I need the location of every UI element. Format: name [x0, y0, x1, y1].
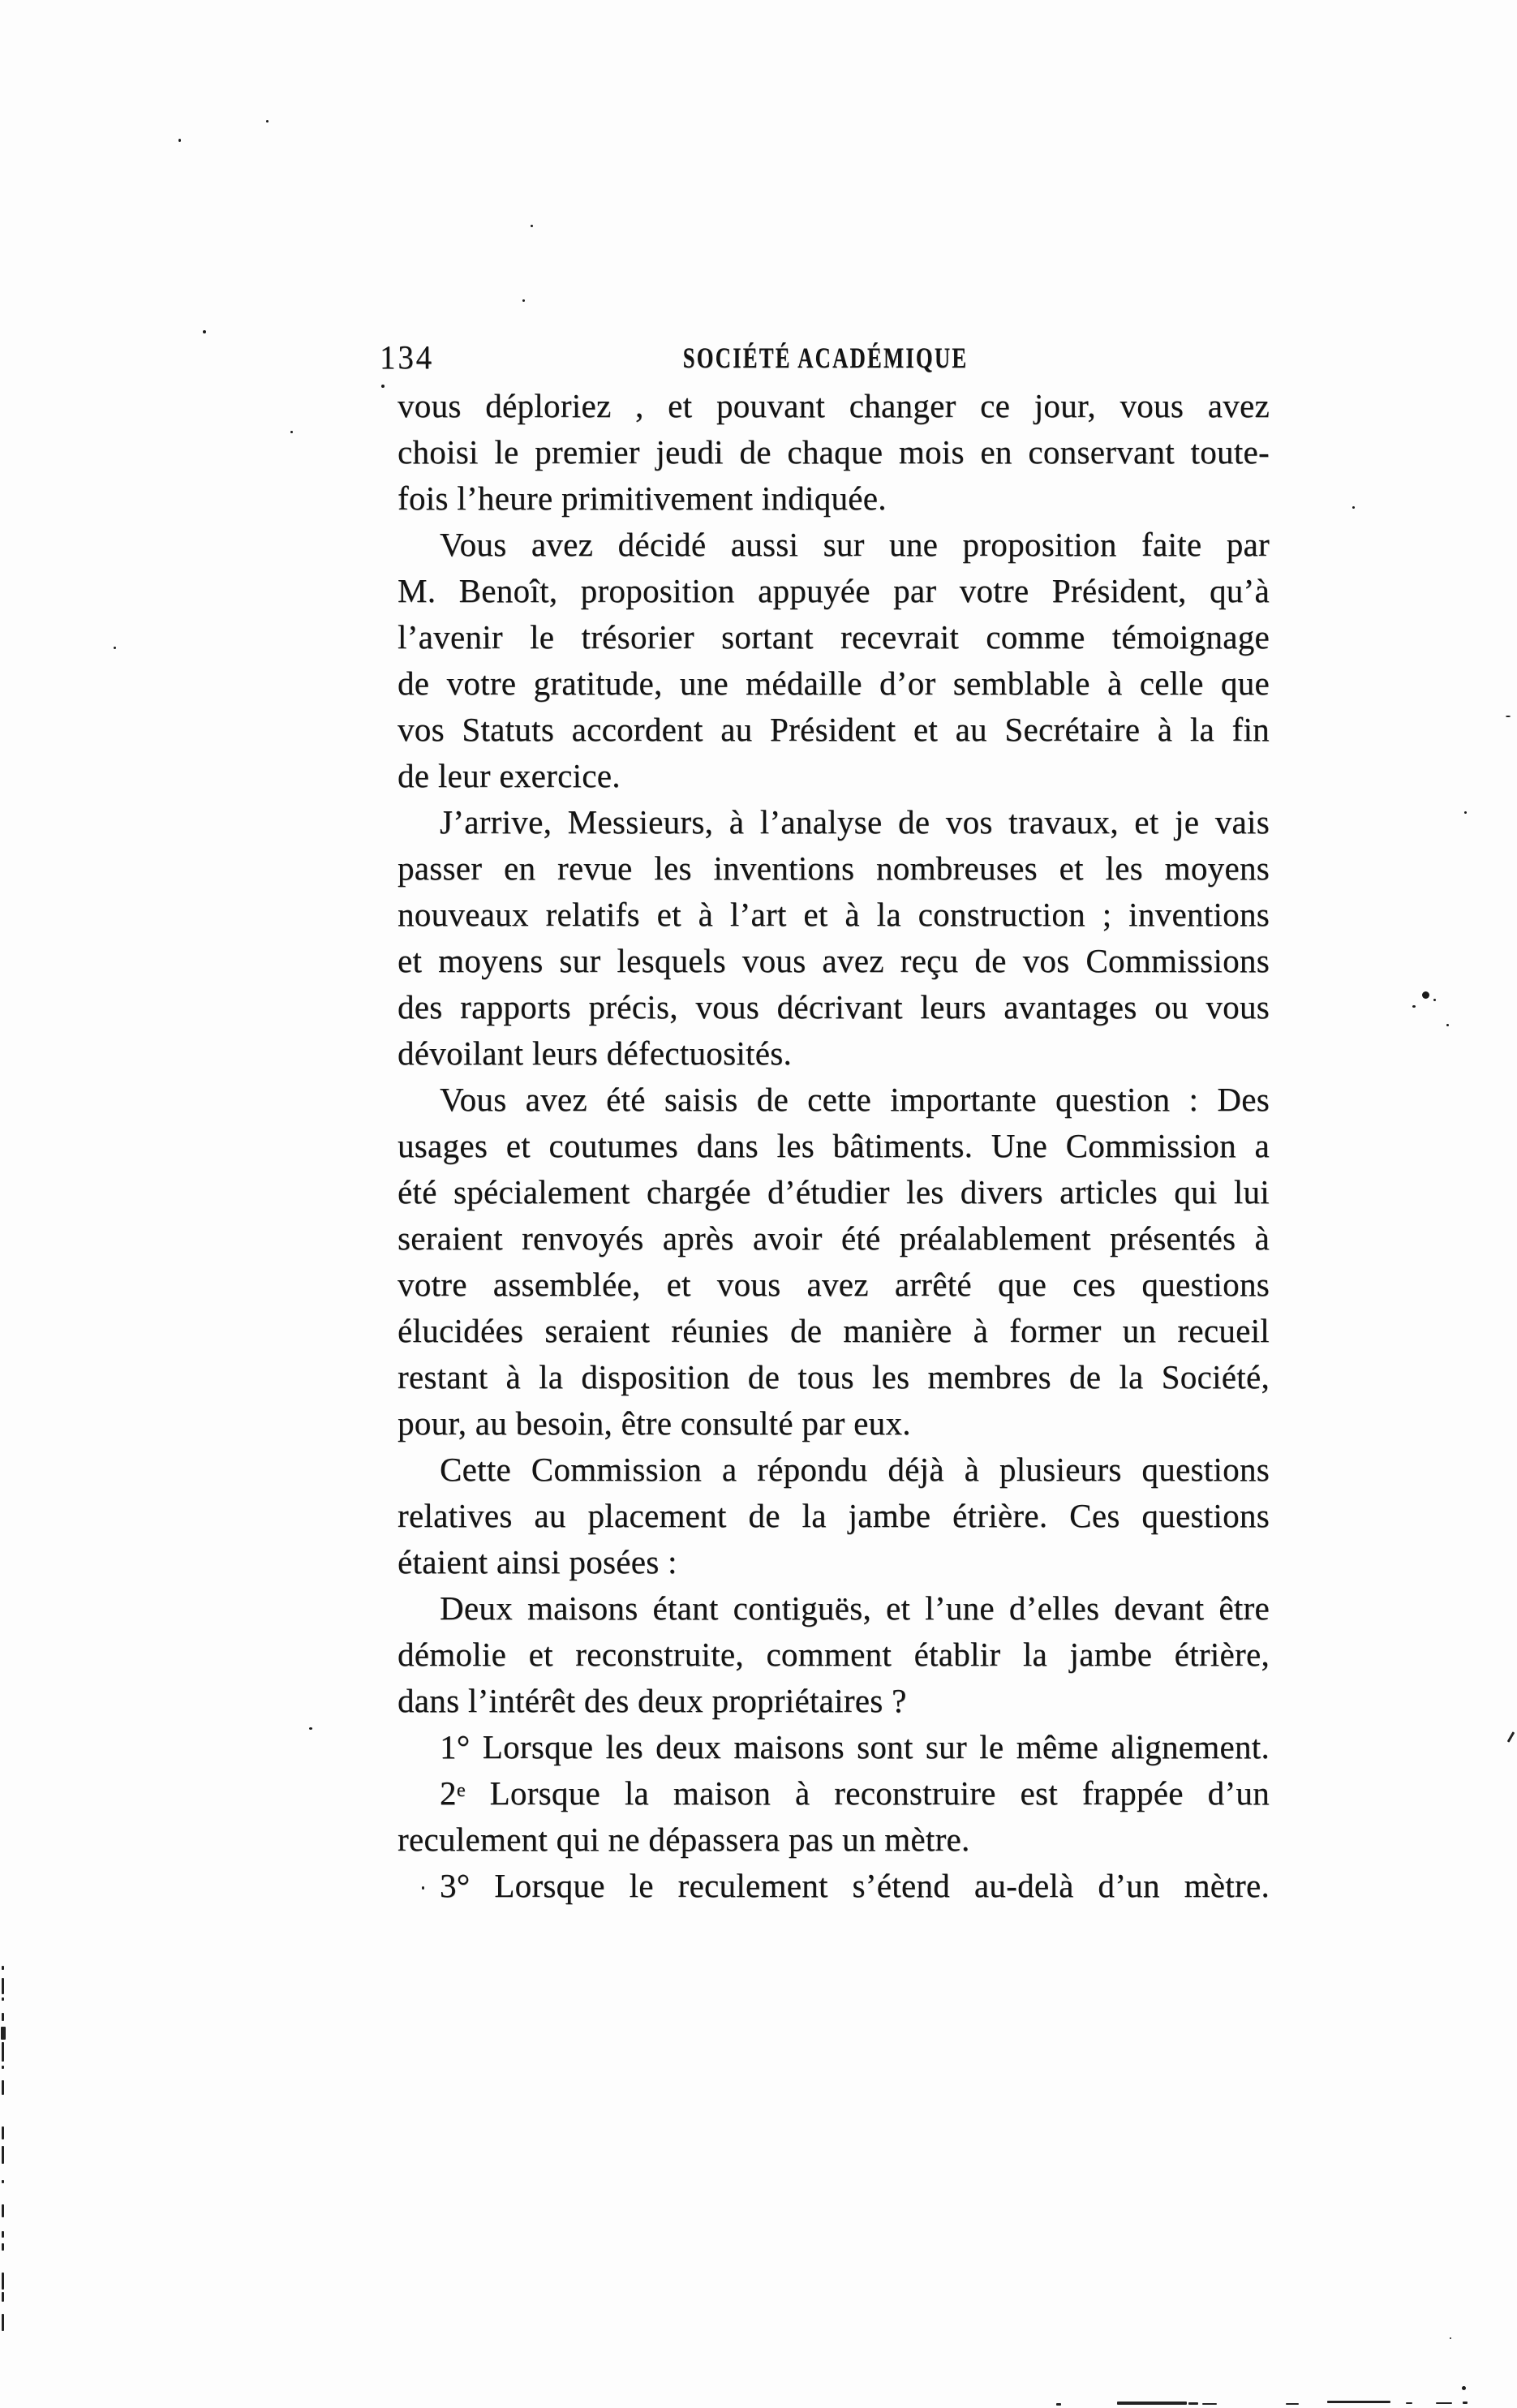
text-segment: étaient ainsi posées :	[398, 1543, 677, 1580]
bottom-edge-scan-mark	[1188, 2402, 1198, 2405]
left-edge-scan-mark	[2, 2080, 4, 2095]
text-line: pour, au besoin, être consulté par eux.	[398, 1400, 1270, 1447]
text-line: 2e Lorsque la maison à reconstruire est …	[398, 1770, 1270, 1817]
text-line: votre assemblée, et vous avez arrêté que…	[398, 1262, 1270, 1308]
left-edge-scan-mark	[2, 2013, 4, 2021]
left-edge-scan-mark	[1, 2027, 6, 2040]
ink-speck	[1422, 991, 1429, 999]
text-segment: fois l’heure primitivement indiquée.	[398, 479, 887, 517]
text-segment: M. Benoît, proposition appuyée par votre…	[398, 572, 1270, 609]
text-line: seraient renvoyés après avoir été préala…	[398, 1215, 1270, 1262]
italic-text: Des	[1217, 1081, 1270, 1118]
bottom-edge-scan-mark	[1406, 2402, 1412, 2404]
text-segment: dévoilant leurs défectuosités.	[398, 1034, 792, 1072]
text-line: vous déploriez , et pouvant changer ce j…	[398, 383, 1270, 429]
text-line: vos Statuts accordent au Président et au…	[398, 707, 1270, 753]
text-line: relatives au placement de la jambe étriè…	[398, 1493, 1270, 1539]
text-line: Vous avez décidé aussi sur une propositi…	[398, 522, 1270, 568]
text-line: 1° Lorsque les deux maisons sont sur le …	[398, 1724, 1270, 1770]
text-segment: l’avenir le trésorier sortant recevrait …	[398, 618, 1270, 656]
text-line: étaient ainsi posées :	[398, 1539, 1270, 1585]
ink-speck	[1506, 716, 1511, 717]
left-edge-scan-mark	[2, 2204, 4, 2217]
text-line: dans l’intérêt des deux propriétaires ?	[398, 1678, 1270, 1724]
left-edge-scan-mark	[2, 2180, 4, 2183]
text-line: choisi le premier jeudi de chaque mois e…	[398, 429, 1270, 475]
text-segment: pour, au besoin, être consulté par eux.	[398, 1404, 911, 1442]
italic-text: jambe étrière	[849, 1497, 1039, 1534]
ink-speck	[531, 225, 533, 227]
left-edge-scan-mark	[2, 1978, 4, 1994]
text-segment: de leur exercice.	[398, 757, 621, 794]
running-title-text: SOCIÉTÉ ACADÉMIQUE	[683, 343, 969, 372]
bottom-edge-scan-mark	[1327, 2401, 1390, 2403]
left-edge-scan-mark	[2, 1966, 4, 1970]
text-segment: Une Commission a	[973, 1127, 1270, 1164]
ink-speck	[203, 330, 206, 333]
text-line: M. Benoît, proposition appuyée par votre…	[398, 568, 1270, 614]
text-segment: vos Statuts accordent au Président et au…	[398, 711, 1270, 748]
bottom-edge-scan-mark	[1286, 2403, 1299, 2405]
text-segment: Lorsque la maison à reconstruire est fra…	[466, 1774, 1270, 1812]
running-title: SOCIÉTÉ ACADÉMIQUE	[552, 343, 1100, 372]
text-segment: Cette Commission a répondu déjà à plusie…	[440, 1451, 1270, 1488]
text-line: 3° Lorsque le reculement s’étend au-delà…	[398, 1863, 1270, 1909]
text-segment: Vous avez décidé aussi sur une propositi…	[440, 526, 1270, 563]
ink-speck	[266, 120, 269, 123]
bottom-edge-scan-mark	[1056, 2403, 1061, 2406]
text-segment: votre assemblée, et vous avez arrêté que…	[398, 1266, 1270, 1303]
text-segment: passer en revue les inventions nombreuse…	[398, 849, 1270, 887]
text-line: élucidées seraient réunies de manière à …	[398, 1308, 1270, 1354]
text-line: usages et coutumes dans les bâtiments. U…	[398, 1123, 1270, 1169]
ink-speck	[422, 1886, 424, 1890]
text-segment: relatives au placement de la	[398, 1497, 849, 1534]
text-segment: J’arrive, Messieurs, à l’analyse de vos …	[440, 803, 1270, 841]
body-text: vous déploriez , et pouvant changer ce j…	[398, 383, 1270, 1909]
left-edge-scan-mark	[2, 2042, 4, 2062]
text-segment: démolie et reconstruite, comment établir…	[398, 1636, 1270, 1673]
text-line: restant à la disposition de tous les mem…	[398, 1354, 1270, 1400]
text-line: été spécialement chargée d’étudier les d…	[398, 1169, 1270, 1215]
left-edge-scan-mark	[2, 2066, 4, 2069]
ink-speck	[381, 385, 385, 388]
text-segment: élucidées seraient réunies de manière à …	[398, 1312, 1270, 1349]
ink-speck	[522, 299, 525, 302]
text-segment: 3° Lorsque le reculement s’étend au-delà…	[440, 1867, 1270, 1904]
ink-speck	[309, 1727, 312, 1730]
text-line: nouveaux relatifs et à l’art et à la con…	[398, 892, 1270, 938]
text-line: fois l’heure primitivement indiquée.	[398, 475, 1270, 522]
text-segment: nouveaux relatifs et à l’art et à la con…	[398, 896, 1270, 933]
text-segment: vous déploriez , et pouvant changer ce j…	[398, 387, 1270, 424]
text-segment: et moyens sur lesquels vous avez reçu de…	[398, 942, 1270, 979]
text-line: Vous avez été saisis de cette importante…	[398, 1077, 1270, 1123]
text-line: et moyens sur lesquels vous avez reçu de…	[398, 938, 1270, 984]
left-edge-scan-mark	[2, 2292, 4, 2302]
text-line: J’arrive, Messieurs, à l’analyse de vos …	[398, 799, 1270, 845]
text-line: Cette Commission a répondu déjà à plusie…	[398, 1447, 1270, 1493]
text-segment: reculement qui ne dépassera pas un mètre…	[398, 1821, 970, 1858]
text-segment: seraient renvoyés après avoir été préala…	[398, 1219, 1270, 1257]
left-edge-scan-mark	[2, 2126, 4, 2139]
bottom-edge-scan-mark	[1117, 2402, 1187, 2405]
text-segment: 2	[440, 1774, 457, 1812]
text-segment: choisi le premier jeudi de chaque mois e…	[398, 433, 1270, 471]
text-line: démolie et reconstruite, comment établir…	[398, 1632, 1270, 1678]
text-segment: 1° Lorsque les deux maisons sont sur le …	[440, 1728, 1270, 1765]
book-page: 134 SOCIÉTÉ ACADÉMIQUE vous déploriez , …	[0, 0, 1517, 2408]
page-number: 134	[380, 341, 434, 374]
italic-text: usages et coutumes dans les bâtiments.	[398, 1127, 973, 1164]
text-segment: Deux maisons étant contiguës, et l’une d…	[440, 1589, 1270, 1627]
left-edge-scan-mark	[2, 2314, 4, 2331]
bottom-edge-scan-mark	[1463, 2402, 1468, 2404]
bottom-edge-scan-mark	[1202, 2403, 1217, 2405]
text-segment: de votre gratitude, une médaille d’or se…	[398, 664, 1270, 702]
text-line: reculement qui ne dépassera pas un mètre…	[398, 1817, 1270, 1863]
left-edge-scan-mark	[2, 1997, 4, 2001]
left-edge-scan-mark	[1507, 1731, 1515, 1743]
text-line: l’avenir le trésorier sortant recevrait …	[398, 614, 1270, 660]
ink-speck	[1412, 1005, 1416, 1008]
text-segment: des rapports précis, vous décrivant leur…	[398, 988, 1270, 1026]
ink-speck	[178, 139, 181, 142]
text-line: de votre gratitude, une médaille d’or se…	[398, 660, 1270, 707]
ink-speck	[1462, 2386, 1466, 2390]
text-line: de leur exercice.	[398, 753, 1270, 799]
ink-speck	[1450, 2337, 1451, 2339]
left-edge-scan-mark	[2, 2146, 4, 2164]
text-segment: Vous avez été saisis de cette importante…	[440, 1081, 1217, 1118]
left-edge-scan-mark	[2, 2243, 4, 2251]
ink-speck	[290, 431, 293, 433]
text-segment: été spécialement chargée d’étudier les d…	[398, 1173, 1270, 1210]
text-line: passer en revue les inventions nombreuse…	[398, 845, 1270, 892]
ink-speck	[1446, 1024, 1449, 1026]
ink-speck	[1464, 811, 1467, 814]
text-line: dévoilant leurs défectuosités.	[398, 1030, 1270, 1077]
ink-speck	[1352, 506, 1355, 509]
text-line: Deux maisons étant contiguës, et l’une d…	[398, 1585, 1270, 1632]
text-segment: . Ces questions	[1039, 1497, 1270, 1534]
ink-speck	[114, 647, 116, 649]
text-segment: e	[457, 1779, 466, 1801]
ink-speck	[1433, 999, 1436, 1001]
text-segment: dans l’intérêt des deux propriétaires ?	[398, 1682, 907, 1719]
text-line: des rapports précis, vous décrivant leur…	[398, 984, 1270, 1030]
left-edge-scan-mark	[2, 2231, 4, 2238]
text-segment: restant à la disposition de tous les mem…	[398, 1358, 1270, 1395]
bottom-edge-scan-mark	[1436, 2402, 1452, 2404]
left-edge-scan-mark	[2, 2273, 4, 2290]
